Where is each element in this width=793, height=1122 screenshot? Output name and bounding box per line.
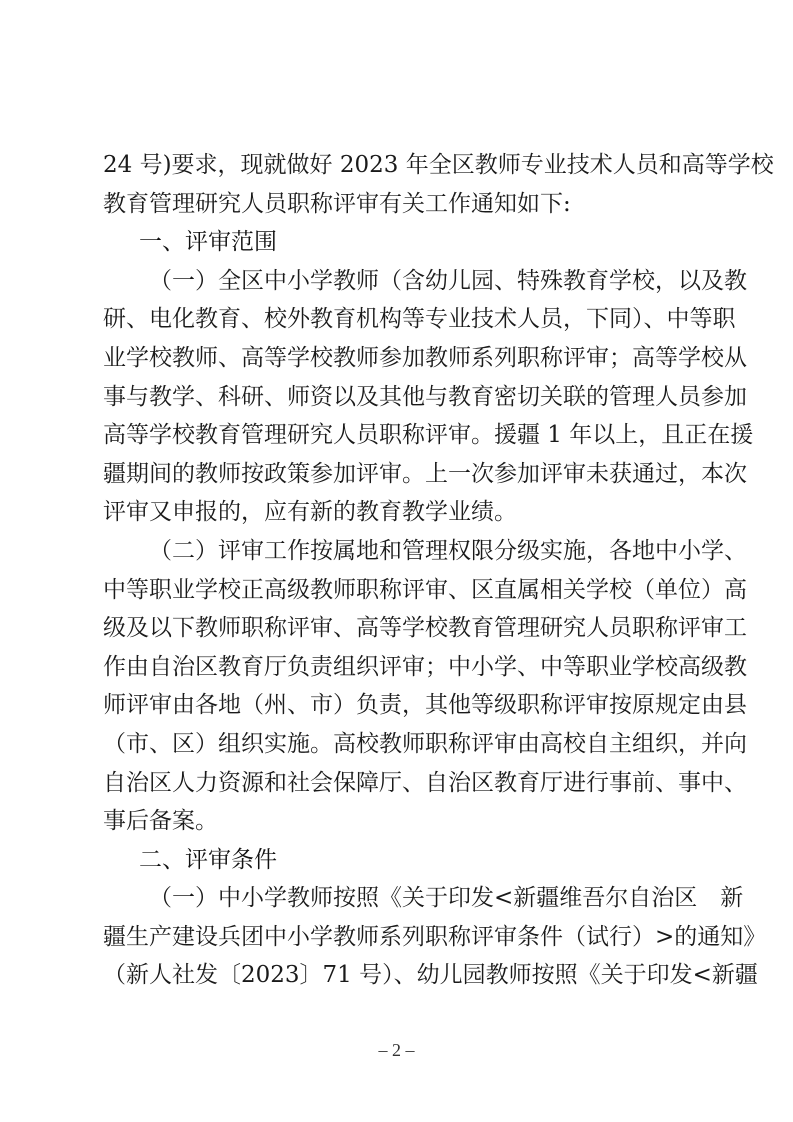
body-line: （新人社发〔2023〕71 号）、幼儿园教师按照《关于印发<新疆	[103, 956, 693, 995]
body-line: 中等职业学校正高级教师职称评审、区直属相关学校（单位）高	[103, 571, 693, 610]
paragraph-start: （二）评审工作按属地和管理权限分级实施，各地中小学、	[103, 532, 693, 571]
section-heading-conditions: 二、评审条件	[103, 841, 693, 880]
body-line: 疆生产建设兵团中小学教师系列职称评审条件（试行）>的通知》	[103, 918, 693, 957]
body-line: 事与教学、科研、师资以及其他与教育密切关联的管理人员参加	[103, 378, 693, 417]
body-line: 24 号)要求，现就做好 2023 年全区教师专业技术人员和高等学校	[103, 146, 693, 185]
body-line: 教育管理研究人员职称评审有关工作通知如下:	[103, 185, 693, 224]
body-line: 自治区人力资源和社会保障厅、自治区教育厅进行事前、事中、	[103, 764, 693, 803]
paragraph-start: （一）全区中小学教师（含幼儿园、特殊教育学校，以及教	[103, 262, 693, 301]
body-line: 作由自治区教育厅负责组织评审；中小学、中等职业学校高级教	[103, 648, 693, 687]
section-heading-scope: 一、评审范围	[103, 223, 693, 262]
body-line: 疆期间的教师按政策参加评审。上一次参加评审未获通过，本次	[103, 455, 693, 494]
body-line: 高等学校教育管理研究人员职称评审。援疆 1 年以上，且正在援	[103, 416, 693, 455]
document-body: 24 号)要求，现就做好 2023 年全区教师专业技术人员和高等学校 教育管理研…	[103, 146, 693, 995]
body-line: 师评审由各地（州、市）负责，其他等级职称评审按原规定由县	[103, 686, 693, 725]
body-line: 研、电化教育、校外教育机构等专业技术人员，下同）、中等职	[103, 300, 693, 339]
page-number: – 2 –	[0, 1040, 793, 1061]
body-line: 评审又申报的，应有新的教育教学业绩。	[103, 493, 693, 532]
body-line: 级及以下教师职称评审、高等学校教育管理研究人员职称评审工	[103, 609, 693, 648]
body-line: 事后备案。	[103, 802, 693, 841]
body-line: （市、区）组织实施。高校教师职称评审由高校自主组织，并向	[103, 725, 693, 764]
body-line: 业学校教师、高等学校教师参加教师系列职称评审；高等学校从	[103, 339, 693, 378]
paragraph-start: （一）中小学教师按照《关于印发<新疆维吾尔自治区 新	[103, 879, 693, 918]
